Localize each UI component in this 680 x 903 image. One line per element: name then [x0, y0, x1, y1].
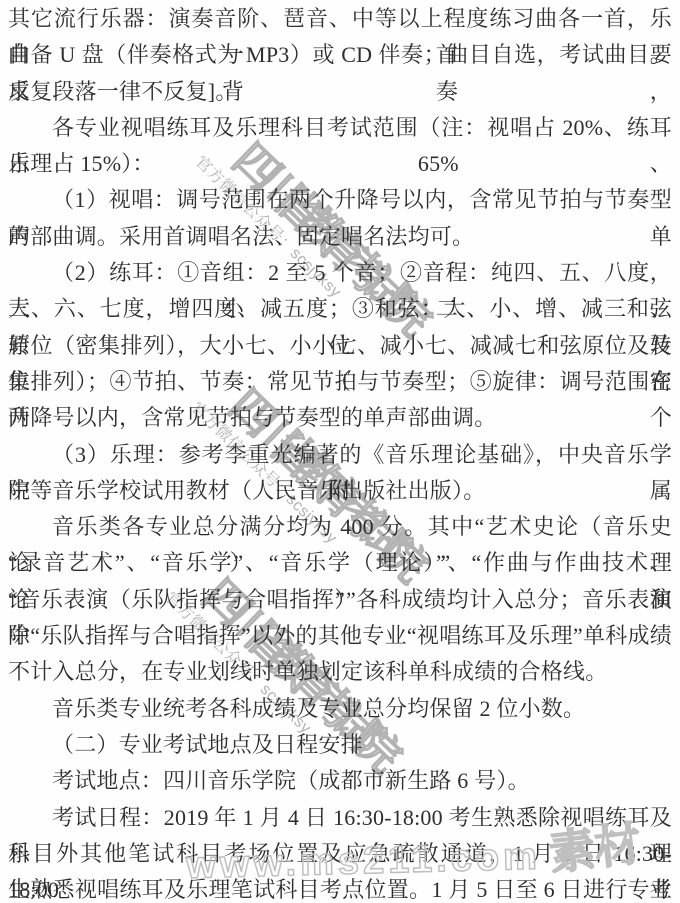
text-line: （1）视唱：调号范围在两个升降号以内，含常见节拍与节奏型的单 — [8, 182, 672, 218]
text-line: “录音艺术”、“音乐学”、“音乐学（理论）”、“作曲与作曲技术理论”和 — [8, 545, 672, 581]
text-line: 音乐类专业统考各科成绩及专业总分均保留 2 位小数。 — [8, 691, 672, 727]
text-line: “音乐表演（乐队指挥与合唱指挥）”各科成绩均计入总分；音乐表演中 — [8, 582, 672, 618]
text-line: （2）练耳：①音组：2 至 5 个音；②音程：纯四、五、八度，大小二、 — [8, 255, 672, 291]
text-line: 考试地点：四川音乐学院（成都市新生路 6 号）。 — [8, 763, 672, 799]
text-line: （二）专业考试地点及日程安排 — [8, 727, 672, 763]
text-line: （3）乐理：参考李重光编著的《音乐理论基础》，中央音乐学院附属 — [8, 437, 672, 473]
text-line: 三、六、七度，增四度、减五度；③和弦：大、小、增、减三和弦原位及 — [8, 291, 672, 327]
text-line: 不计入总分，在专业划线时单独划定该科单科成绩的合格线。 — [8, 654, 672, 690]
text-line: 其它流行乐器：演奏音阶、琶音、中等以上程度练习曲各一首，乐曲一首。 — [8, 1, 672, 37]
text-line: 自备 U 盘（伴奏格式为 MP3）或 CD 伴奏；曲目自选，考试曲目要求背奏， — [8, 37, 672, 73]
text-line: 考试日程：2019 年 1 月 4 日 16:30-18:00 考生熟悉除视唱练… — [8, 800, 672, 836]
text-line: 除“乐队指挥与合唱指挥”以外的其他专业“视唱练耳及乐理”单科成绩 — [8, 618, 672, 654]
text-line: 科目外其他笔试科目考场位置及应急疏散通道，1 月 5 日 16:30-18:00… — [8, 836, 672, 872]
text-line: 生熟悉视唱练耳及乐理笔试科目考点位置。1 月 5 日至 6 日进行专业笔试 — [8, 872, 672, 903]
text-line: 集排列）；④节拍、节奏：常见节拍与节奏型；⑤旋律：调号范围在两个 — [8, 364, 672, 400]
text-line: 各专业视唱练耳及乐理科目考试范围（注：视唱占 20%、练耳占 65%、 — [8, 110, 672, 146]
text-line: 转位（密集排列），大小七、小小七、减小七、减减七和弦原位及转位（密 — [8, 328, 672, 364]
text-layer: 其它流行乐器：演奏音阶、琶音、中等以上程度练习曲各一首，乐曲一首。自备 U 盘（… — [8, 0, 672, 903]
document-page: 四川省教育考试院官方微信公众号：scsjyksy四川省教育考试院官方微信公众号：… — [0, 0, 680, 903]
text-line: 音乐类各专业总分满分均为 400 分。其中“艺术史论（音乐史论）”、 — [8, 509, 672, 545]
